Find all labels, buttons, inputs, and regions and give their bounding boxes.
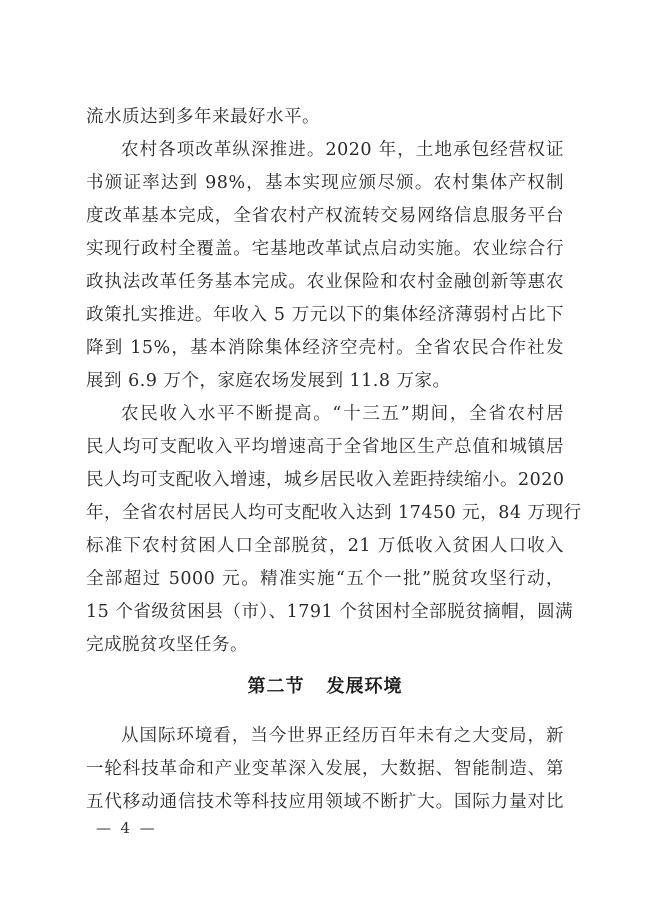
paragraph-line: 民人均可支配收入平均增速高于全省地区生产总值和城镇居 bbox=[86, 431, 564, 464]
paragraph-line: 完成脱贫攻坚任务。 bbox=[86, 629, 564, 662]
section-heading: 第二节发展环境 bbox=[0, 672, 650, 698]
paragraph-line: 农村各项改革纵深推进。2020 年，土地承包经营权证 bbox=[86, 134, 564, 167]
paragraph-line: 民人均可支配收入增速，城乡居民收入差距持续缩小。2020 bbox=[86, 464, 564, 497]
page-number: — 4 — bbox=[96, 819, 155, 837]
paragraph-line: 流水质达到多年来最好水平。 bbox=[86, 101, 564, 134]
paragraph-line: 度改革基本完成，全省农村产权流转交易网络信息服务平台 bbox=[86, 200, 564, 233]
paragraph-international-environment: 从国际环境看，当今世界正经历百年未有之大变局，新 一轮科技革命和产业变革深入发展… bbox=[86, 720, 564, 819]
paragraph-line: 降到 15%，基本消除集体经济空壳村。全省农民合作社发 bbox=[86, 332, 564, 365]
section-number: 第二节 bbox=[248, 676, 305, 697]
paragraph-line: 标准下农村贫困人口全部脱贫，21 万低收入贫困人口收入 bbox=[86, 530, 564, 563]
paragraph-line: 展到 6.9 万个，家庭农场发展到 11.8 万家。 bbox=[86, 365, 564, 398]
paragraph-line: 全部超过 5000 元。精准实施“五个一批”脱贫攻坚行动， bbox=[86, 563, 564, 596]
paragraph-line: 政执法改革任务基本完成。农业保险和农村金融创新等惠农 bbox=[86, 266, 564, 299]
paragraph-line: 实现行政村全覆盖。宅基地改革试点启动实施。农业综合行 bbox=[86, 233, 564, 266]
document-page: 流水质达到多年来最好水平。 农村各项改革纵深推进。2020 年，土地承包经营权证… bbox=[0, 0, 650, 919]
paragraph-line: 政策扎实推进。年收入 5 万元以下的集体经济薄弱村占比下 bbox=[86, 299, 564, 332]
body-text-bottom: 从国际环境看，当今世界正经历百年未有之大变局，新 一轮科技革命和产业变革深入发展… bbox=[86, 720, 564, 819]
paragraph-line: 书颁证率达到 98%，基本实现应颁尽颁。农村集体产权制 bbox=[86, 167, 564, 200]
paragraph-line: 从国际环境看，当今世界正经历百年未有之大变局，新 bbox=[86, 720, 564, 753]
paragraph-line: 农民收入水平不断提高。“十三五”期间，全省农村居 bbox=[86, 398, 564, 431]
body-text-top: 流水质达到多年来最好水平。 农村各项改革纵深推进。2020 年，土地承包经营权证… bbox=[86, 101, 564, 662]
paragraph-line: 一轮科技革命和产业变革深入发展，大数据、智能制造、第 bbox=[86, 753, 564, 786]
paragraph-rural-reform: 农村各项改革纵深推进。2020 年，土地承包经营权证 书颁证率达到 98%，基本… bbox=[86, 134, 564, 398]
paragraph-line: 年，全省农村居民人均可支配收入达到 17450 元，84 万现行 bbox=[86, 497, 564, 530]
paragraph-line: 15 个省级贫困县（市）、1791 个贫困村全部脱贫摘帽，圆满 bbox=[86, 596, 564, 629]
section-title: 发展环境 bbox=[327, 676, 403, 697]
paragraph-line: 五代移动通信技术等科技应用领域不断扩大。国际力量对比 bbox=[86, 786, 564, 819]
paragraph-farmer-income: 农民收入水平不断提高。“十三五”期间，全省农村居 民人均可支配收入平均增速高于全… bbox=[86, 398, 564, 662]
